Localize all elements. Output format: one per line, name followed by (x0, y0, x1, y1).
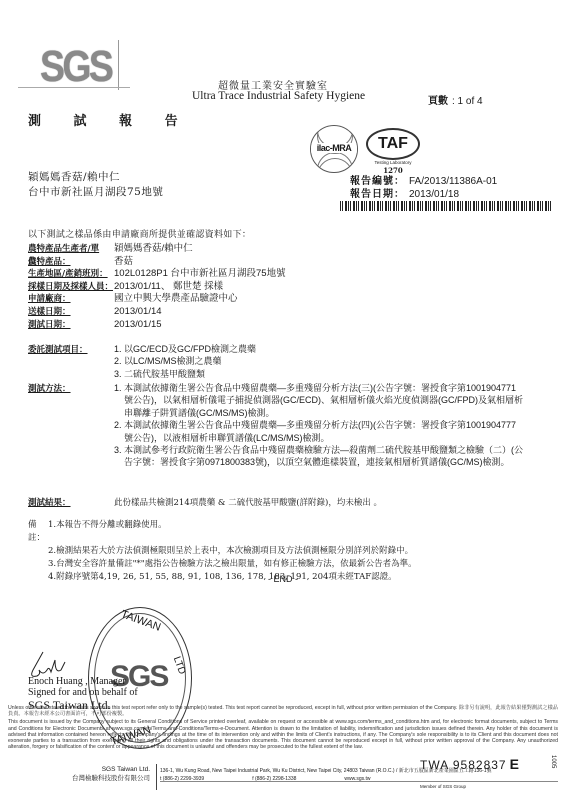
barcode (340, 201, 552, 211)
sample-field-row: 送樣日期：2013/01/14 (28, 306, 286, 319)
document-title: 測 試 報 告 (28, 110, 192, 129)
sample-field-row: 採樣日期及採樣人員：2013/01/11、 鄭世楚 採樣 (28, 281, 286, 294)
side-code: 1005 (550, 755, 556, 768)
client-block: 穎媽媽香菇/賴中仁 台中市新社區月湖段75地號 (28, 170, 163, 200)
test-methods-list: 1.本測試依據衛生署公告食品中殘留農藥—多重殘留分析方法(三)(公告字號：署授食… (114, 382, 524, 469)
field-label: 測試日期： (28, 319, 114, 332)
client-name: 穎媽媽香菇/賴中仁 (28, 170, 163, 185)
field-value: 香菇 (114, 256, 133, 269)
test-item: 1.以GC/ECD及GC/FPD檢測之農藥 (114, 343, 256, 355)
test-result-section: 測試結果： 此份樣品共檢測214項農藥 & 二硫代胺基甲酸鹽(詳附錄)，均未檢出… (28, 496, 382, 508)
sample-field-row: 農特產品：香菇 (28, 256, 286, 269)
field-value: 2013/01/15 (114, 319, 162, 332)
report-number: FA/2013/11386A-01 (409, 176, 497, 187)
test-method: 1.本測試依據衛生署公告食品中殘留農藥—多重殘留分析方法(三)(公告字號：署授食… (114, 382, 524, 419)
field-label: 送樣日期： (28, 306, 114, 319)
field-label: 生產地區/產銷班別： (28, 268, 114, 281)
test-method: 3.本測試參考行政院衛生署公告食品中殘留農藥檢驗方法—殺菌劑二硫代胺基甲酸鹽類之… (114, 444, 524, 469)
field-value: 2013/01/14 (114, 306, 162, 319)
logo-rule (18, 87, 130, 88)
footer-company: SGS Taiwan Ltd. 台灣檢驗科技股份有限公司 (60, 766, 150, 782)
note-item: 3.台灣安全容許量備註"*"處指公告檢驗方法之檢出限量，如有修正檢驗方法，依最新… (28, 558, 417, 571)
test-items-list: 1.以GC/ECD及GC/FPD檢測之農藥2.以LC/MS/MS檢測之農藥3.二… (114, 343, 256, 380)
signed-for: Signed for and on behalf of (28, 687, 138, 698)
fine-print: Unless otherwise stated the results show… (8, 705, 558, 752)
test-methods-section: 測試方法： 1.本測試依據衛生署公告食品中殘留農藥—多重殘留分析方法(三)(公告… (28, 382, 524, 469)
sample-field-row: 申請廠商：國立中興大學農產品驗證中心 (28, 293, 286, 306)
taf-number: 1270 (366, 166, 420, 175)
field-value: 穎媽媽香菇/賴中仁 (114, 243, 193, 256)
member-text: Member of SGS Group (420, 784, 466, 789)
report-date: 2013/01/18 (409, 189, 459, 200)
field-label: 申請廠商： (28, 293, 114, 306)
lab-name-en: Ultra Trace Industrial Safety Hygiene (192, 90, 365, 102)
report-meta: 報告編號：FA/2013/11386A-01 報告日期：2013/01/18 (350, 175, 497, 201)
footer-rule (160, 781, 558, 782)
sample-field-row: 測試日期：2013/01/15 (28, 319, 286, 332)
footer-separator (156, 764, 157, 790)
sample-fields: 農特產品生產者/單位：穎媽媽香菇/賴中仁農特產品：香菇生產地區/產銷班別：102… (28, 243, 286, 331)
test-result-text: 此份樣品共檢測214項農藥 & 二硫代胺基甲酸鹽(詳附錄)，均未檢出 。 (114, 496, 382, 508)
field-label: 農特產品生產者/單位： (28, 243, 114, 256)
field-value: 102L0128P1 台中市新社區月湖段75地號 (114, 268, 286, 281)
taf-subtitle: Testing Laboratory (366, 160, 420, 165)
taf-logo: TAF (366, 128, 420, 160)
test-method: 2.本測試依據衛生署公告食品中殘留農藥—多重殘留分析方法(四)(公告字號：署授食… (114, 419, 524, 444)
field-value: 國立中興大學農產品驗證中心 (114, 293, 238, 306)
sample-field-row: 生產地區/產銷班別：102L0128P1 台中市新社區月湖段75地號 (28, 268, 286, 281)
client-address: 台中市新社區月湖段75地號 (28, 185, 163, 200)
test-item: 3.二硫代胺基甲酸鹽類 (114, 368, 256, 380)
test-items-section: 委託測試項目： 1.以GC/ECD及GC/FPD檢測之農藥2.以LC/MS/MS… (28, 343, 256, 380)
note-item: 備註：1.本報告不得分離或翻錄使用。 (28, 519, 417, 545)
test-item: 2.以LC/MS/MS檢測之農藥 (114, 355, 256, 367)
signer-name: Enoch Huang , Manager (28, 676, 138, 687)
ilac-mra-logo: ilac-MRA (310, 125, 358, 173)
end-marker: - END - (0, 574, 566, 584)
field-label: 採樣日期及採樣人員： (28, 281, 114, 294)
page-indicator: 頁數: 1 of 4 (428, 92, 483, 107)
field-value: 2013/01/11、 鄭世楚 採樣 (114, 281, 223, 294)
field-label: 農特產品： (28, 256, 114, 269)
sgs-logo: SGS (28, 40, 119, 90)
sample-field-row: 農特產品生產者/單位：穎媽媽香菇/賴中仁 (28, 243, 286, 256)
intro-text: 以下測試之樣品係由申請廠商所提供並確認資料如下： (28, 227, 251, 240)
note-item: 2.檢測結果若大於方法偵測極限則呈於上表中，本次檢測項目及方法偵測極限分別詳列於… (28, 545, 417, 558)
